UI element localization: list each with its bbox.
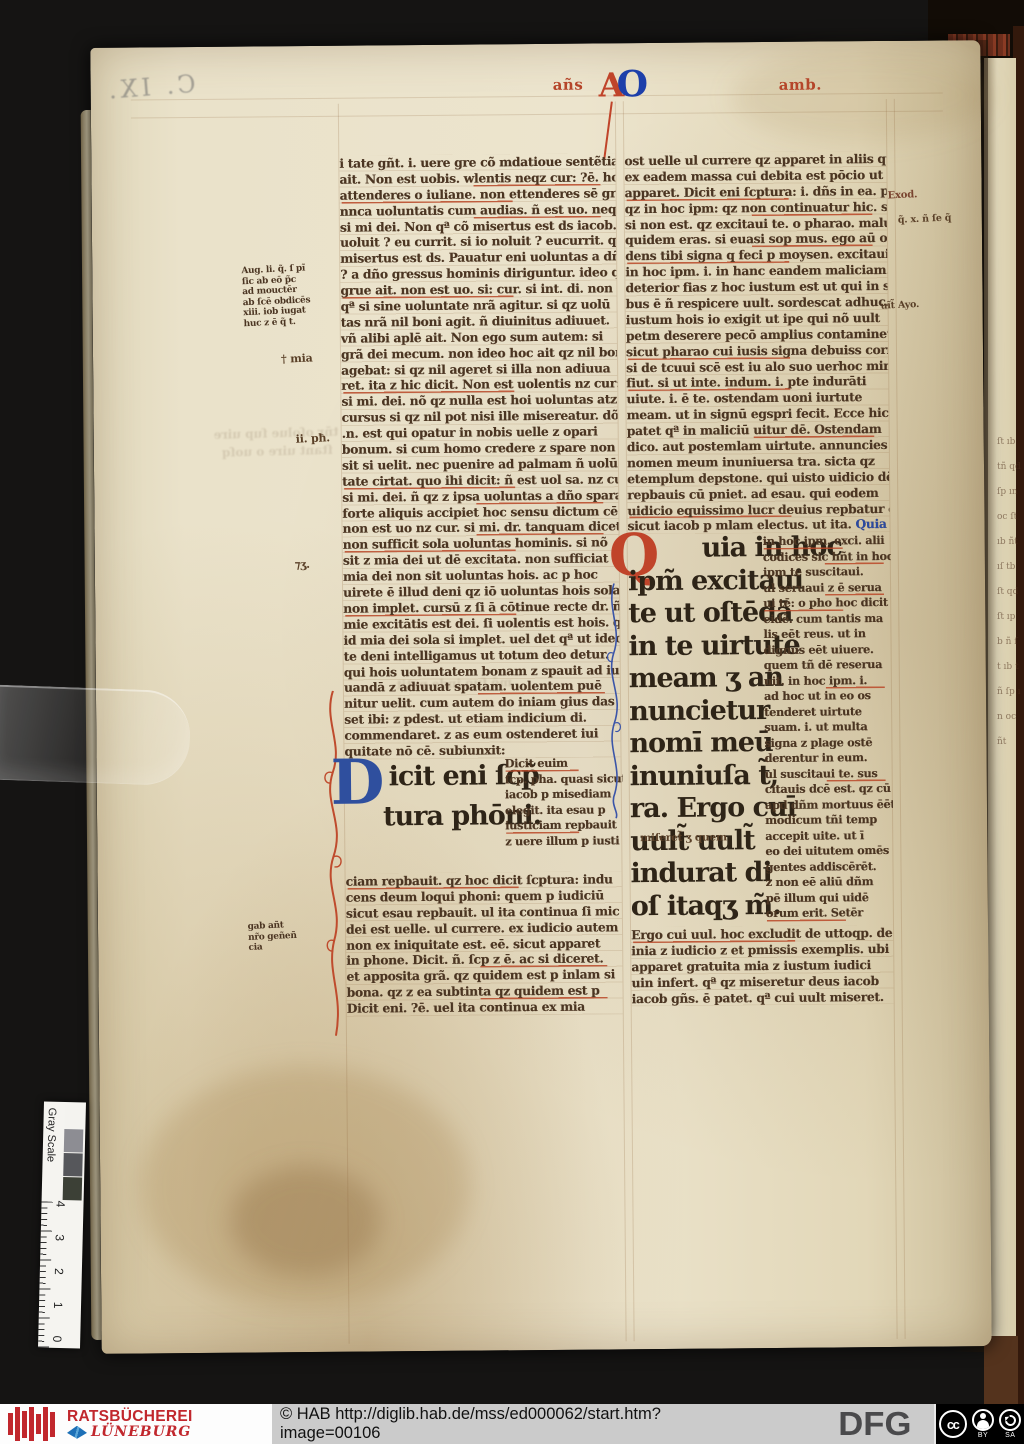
blue-flourish-border bbox=[603, 583, 627, 818]
gloss-line: orum erit. Setēr bbox=[766, 905, 894, 922]
photo-stage: ſt ıb tñ qd ſp ın oc ſt ıb ñt ıſ tb ſt q… bbox=[0, 0, 1024, 1444]
library-name-line1: RATSBÜCHEREI bbox=[67, 1409, 193, 1425]
manuscript-text-line: petm deserere pecō amplius contaminetur. bbox=[626, 326, 888, 344]
viewer-footer-bar: RATSBÜCHEREI LÜNEBURG © HAB http://digli… bbox=[0, 1404, 1024, 1444]
running-header-left: añs bbox=[553, 76, 584, 94]
running-header-right: amb. bbox=[779, 76, 822, 94]
plastic-page-clip bbox=[0, 685, 192, 787]
margin-cross-note: † mia bbox=[281, 353, 313, 365]
gloss-line: apd dñm mortuus ēēt bbox=[765, 796, 893, 813]
gloss-line: z uere illum p iusti bbox=[505, 833, 623, 850]
grayscale-ruler-scale: 43210 bbox=[38, 1201, 84, 1348]
gloss-line: gentes addiscērēt. bbox=[765, 858, 893, 875]
open-book-icon bbox=[67, 1426, 87, 1439]
attribution-text: © HAB http://diglib.hab.de/mss/ed000062/… bbox=[280, 1404, 710, 1444]
margin-exod-note: Exod. bbox=[887, 190, 917, 202]
manuscript-text-line: Dicit eni. ?ē. uel ita continua ex mia bbox=[347, 998, 623, 1016]
gloss-line: accepit uite. ut ī bbox=[765, 827, 893, 844]
ruler-number: 3 bbox=[53, 1233, 67, 1243]
cc-by-label: BY bbox=[978, 1432, 988, 1439]
gloss-line: signa z plage ostē bbox=[764, 734, 892, 751]
interlinear-gloss: miſeret̃ ʒ quem bbox=[640, 832, 760, 844]
margin-gloss-line: cia bbox=[248, 939, 328, 953]
manuscript-text-line: apparet. Dicit eni ſcptura: i. dñs in ea… bbox=[625, 183, 887, 201]
cc-sa-label: SA bbox=[1005, 1432, 1015, 1439]
gloss-line: eidē. cum tantis ma bbox=[763, 610, 891, 627]
facing-page-edge-text: ſt ıb tñ qd ſp ın oc ſt ıb ñt ıſ tb ſt q… bbox=[997, 430, 1021, 1110]
manuscript-text-line: te deni intelligamus ut totum deo detur. bbox=[344, 646, 620, 664]
gloss-line: tenderet uirtute bbox=[764, 703, 892, 720]
library-name-line2: LÜNEBURG bbox=[91, 1425, 191, 1439]
manuscript-text-line: qz in hoc ipm: qz non continuatur hic. s… bbox=[625, 199, 887, 217]
cc-by-person-icon bbox=[972, 1409, 994, 1431]
gloss-line: codices sic hñt in hoc bbox=[763, 548, 891, 565]
ruler-number: 1 bbox=[51, 1300, 65, 1310]
manuscript-text-line: commendaret. z as eum ostenderet iui bbox=[344, 725, 620, 743]
grayscale-patch bbox=[64, 1105, 84, 1128]
margin-paraph: ⁊ʒ. bbox=[295, 560, 310, 571]
text-column-left-lower: ciam repbauit. qz hoc dicit ſcptura: ind… bbox=[346, 871, 623, 1016]
manuscript-text-line: repbauis cū pniet. ad esau. qui eodem bbox=[627, 485, 889, 503]
manuscript-text-line: apparet gratuita mia z iustum iudici bbox=[631, 957, 893, 975]
library-bars-icon bbox=[8, 1406, 57, 1442]
manuscript-text-line: sicut pharao cui iusis signa debuiss cor… bbox=[626, 342, 888, 360]
grayscale-patch bbox=[63, 1177, 83, 1200]
gloss-line: derentur in eum. bbox=[764, 750, 892, 767]
red-flourish-border bbox=[320, 691, 349, 1036]
monogram-blue-letter: O bbox=[616, 63, 644, 105]
gloss-line: ul seruaui z ē serua bbox=[763, 579, 891, 596]
gloss-line: lis eēt reus. ut in bbox=[763, 626, 891, 643]
manuscript-text-line: iacob gñs. ē patet. qª cui uult miseret. bbox=[632, 988, 894, 1006]
ruler-numbers: 43210 bbox=[50, 1199, 68, 1344]
manuscript-page: C. IX. añs A O amb. tñr oſolue ſup uire … bbox=[90, 40, 991, 1354]
library-logotype: RATSBÜCHEREI LÜNEBURG bbox=[67, 1409, 193, 1440]
gloss-subcolumn-right: in hoc ipm. exci. aliicodices sic hñt in… bbox=[763, 533, 894, 922]
grayscale-head: Gray Scale bbox=[42, 1102, 86, 1203]
manuscript-text-line: etemplum depstone. qui uisto uidicio dē bbox=[627, 469, 889, 487]
margin-gloss-lower: gab añtnr̃o geñeñcia bbox=[247, 918, 328, 953]
text-column-left-upper: i tate gñt. i. uere gre cõ mdatioue sent… bbox=[339, 153, 620, 759]
manuscript-text-line: id mia dei sola si implet. uel det qª ut… bbox=[343, 630, 619, 648]
cc-icon: cc bbox=[939, 1410, 967, 1438]
running-header-monogram: A O bbox=[598, 63, 668, 104]
gloss-line: quem tñ dē reserua bbox=[764, 657, 892, 674]
gloss-line: ul suscitaui te. sus bbox=[765, 765, 893, 782]
manuscript-text-line: sicut esau repbauit. ul ita continua ſi … bbox=[346, 903, 622, 921]
margin-phi-note: ii. pħ. bbox=[296, 433, 331, 445]
manuscript-text-line: dei est uelle. ul currere. ex iudicio au… bbox=[346, 919, 622, 937]
gloss-line: z non eē aliū dñm bbox=[766, 874, 894, 891]
cc-license-badge: cc BY SA bbox=[934, 1404, 1024, 1444]
manuscript-text-line: nnca uoluntatis cum audias. ñ est uo. ne… bbox=[340, 201, 616, 219]
gloss-line: citauis dcē est. qz cū bbox=[765, 781, 893, 798]
cc-sa-block: SA bbox=[999, 1409, 1021, 1439]
gloss-line: ad hoc ut in eo os bbox=[764, 688, 892, 705]
manuscript-text-line: attenderes o iuliane. non ettenderes sē … bbox=[340, 185, 616, 203]
gloss-line: modicum tñi temp bbox=[765, 812, 893, 829]
manuscript-text-line: si mi. dei. ñ qz z ipsa uoluntas a dño s… bbox=[342, 487, 618, 505]
book-cover-corner bbox=[984, 1336, 1018, 1404]
text-column-right-lower: Ergo cui uul. hoc excludit de uttoqp. de… bbox=[631, 925, 894, 1007]
library-logo: RATSBÜCHEREI LÜNEBURG bbox=[0, 1404, 272, 1444]
parchment-stain bbox=[730, 50, 991, 142]
monogram-flourish-tail bbox=[603, 102, 613, 160]
grayscale-patch bbox=[63, 1153, 83, 1176]
gloss-line: suam. i. ut multa bbox=[764, 719, 892, 736]
gloss-line: pē illum qui uidē bbox=[766, 889, 894, 906]
manuscript-text-line: uin infert. qª qz miseretur deus iacob bbox=[631, 973, 893, 991]
gloss-line: ipm te suscitaui. bbox=[763, 564, 891, 581]
ruler-number: 0 bbox=[50, 1334, 64, 1344]
gloss-line: uit. in hoc ipm. i. bbox=[764, 672, 892, 689]
margin-q-note: q̃. x. ñ ſe q̃ bbox=[898, 213, 952, 226]
gloss-line: in hoc ipm. exci. alii bbox=[763, 533, 891, 550]
gloss-line: dignus eēt uiuere. bbox=[764, 641, 892, 658]
manuscript-text-line: grã dei mecum. non ideo hoc ait qz nil b… bbox=[341, 344, 617, 362]
text-column-right-upper: ost uelle ul currere qz apparet in aliis… bbox=[624, 151, 889, 535]
dfg-logo: DFG bbox=[838, 1404, 911, 1444]
margin-gloss: Aug. li. q̃. ſ pĩſic ab eō p̃cad mouctēr… bbox=[241, 262, 339, 329]
cc-by-block: BY bbox=[972, 1409, 994, 1439]
grayscale-patch bbox=[64, 1129, 84, 1152]
ruler-number: 4 bbox=[53, 1199, 67, 1209]
grayscale-calibration-ruler: Gray Scale 43210 bbox=[38, 1102, 86, 1349]
gloss-line: iusticiam repbauit bbox=[505, 817, 623, 834]
ruler-number: 2 bbox=[52, 1266, 66, 1276]
grayscale-patches bbox=[63, 1105, 84, 1201]
gloss-line: eo dei uitutem omēs bbox=[765, 843, 893, 860]
initial-D: D bbox=[330, 745, 384, 818]
grayscale-label: Gray Scale bbox=[45, 1108, 58, 1163]
cc-sa-arrow-icon bbox=[999, 1409, 1021, 1431]
show-through-text: ſtant uire o uoſq bbox=[222, 443, 333, 460]
catchword: Quia bbox=[855, 516, 886, 531]
gloss-line: ui tē: o pho hoc dicit bbox=[763, 595, 891, 612]
